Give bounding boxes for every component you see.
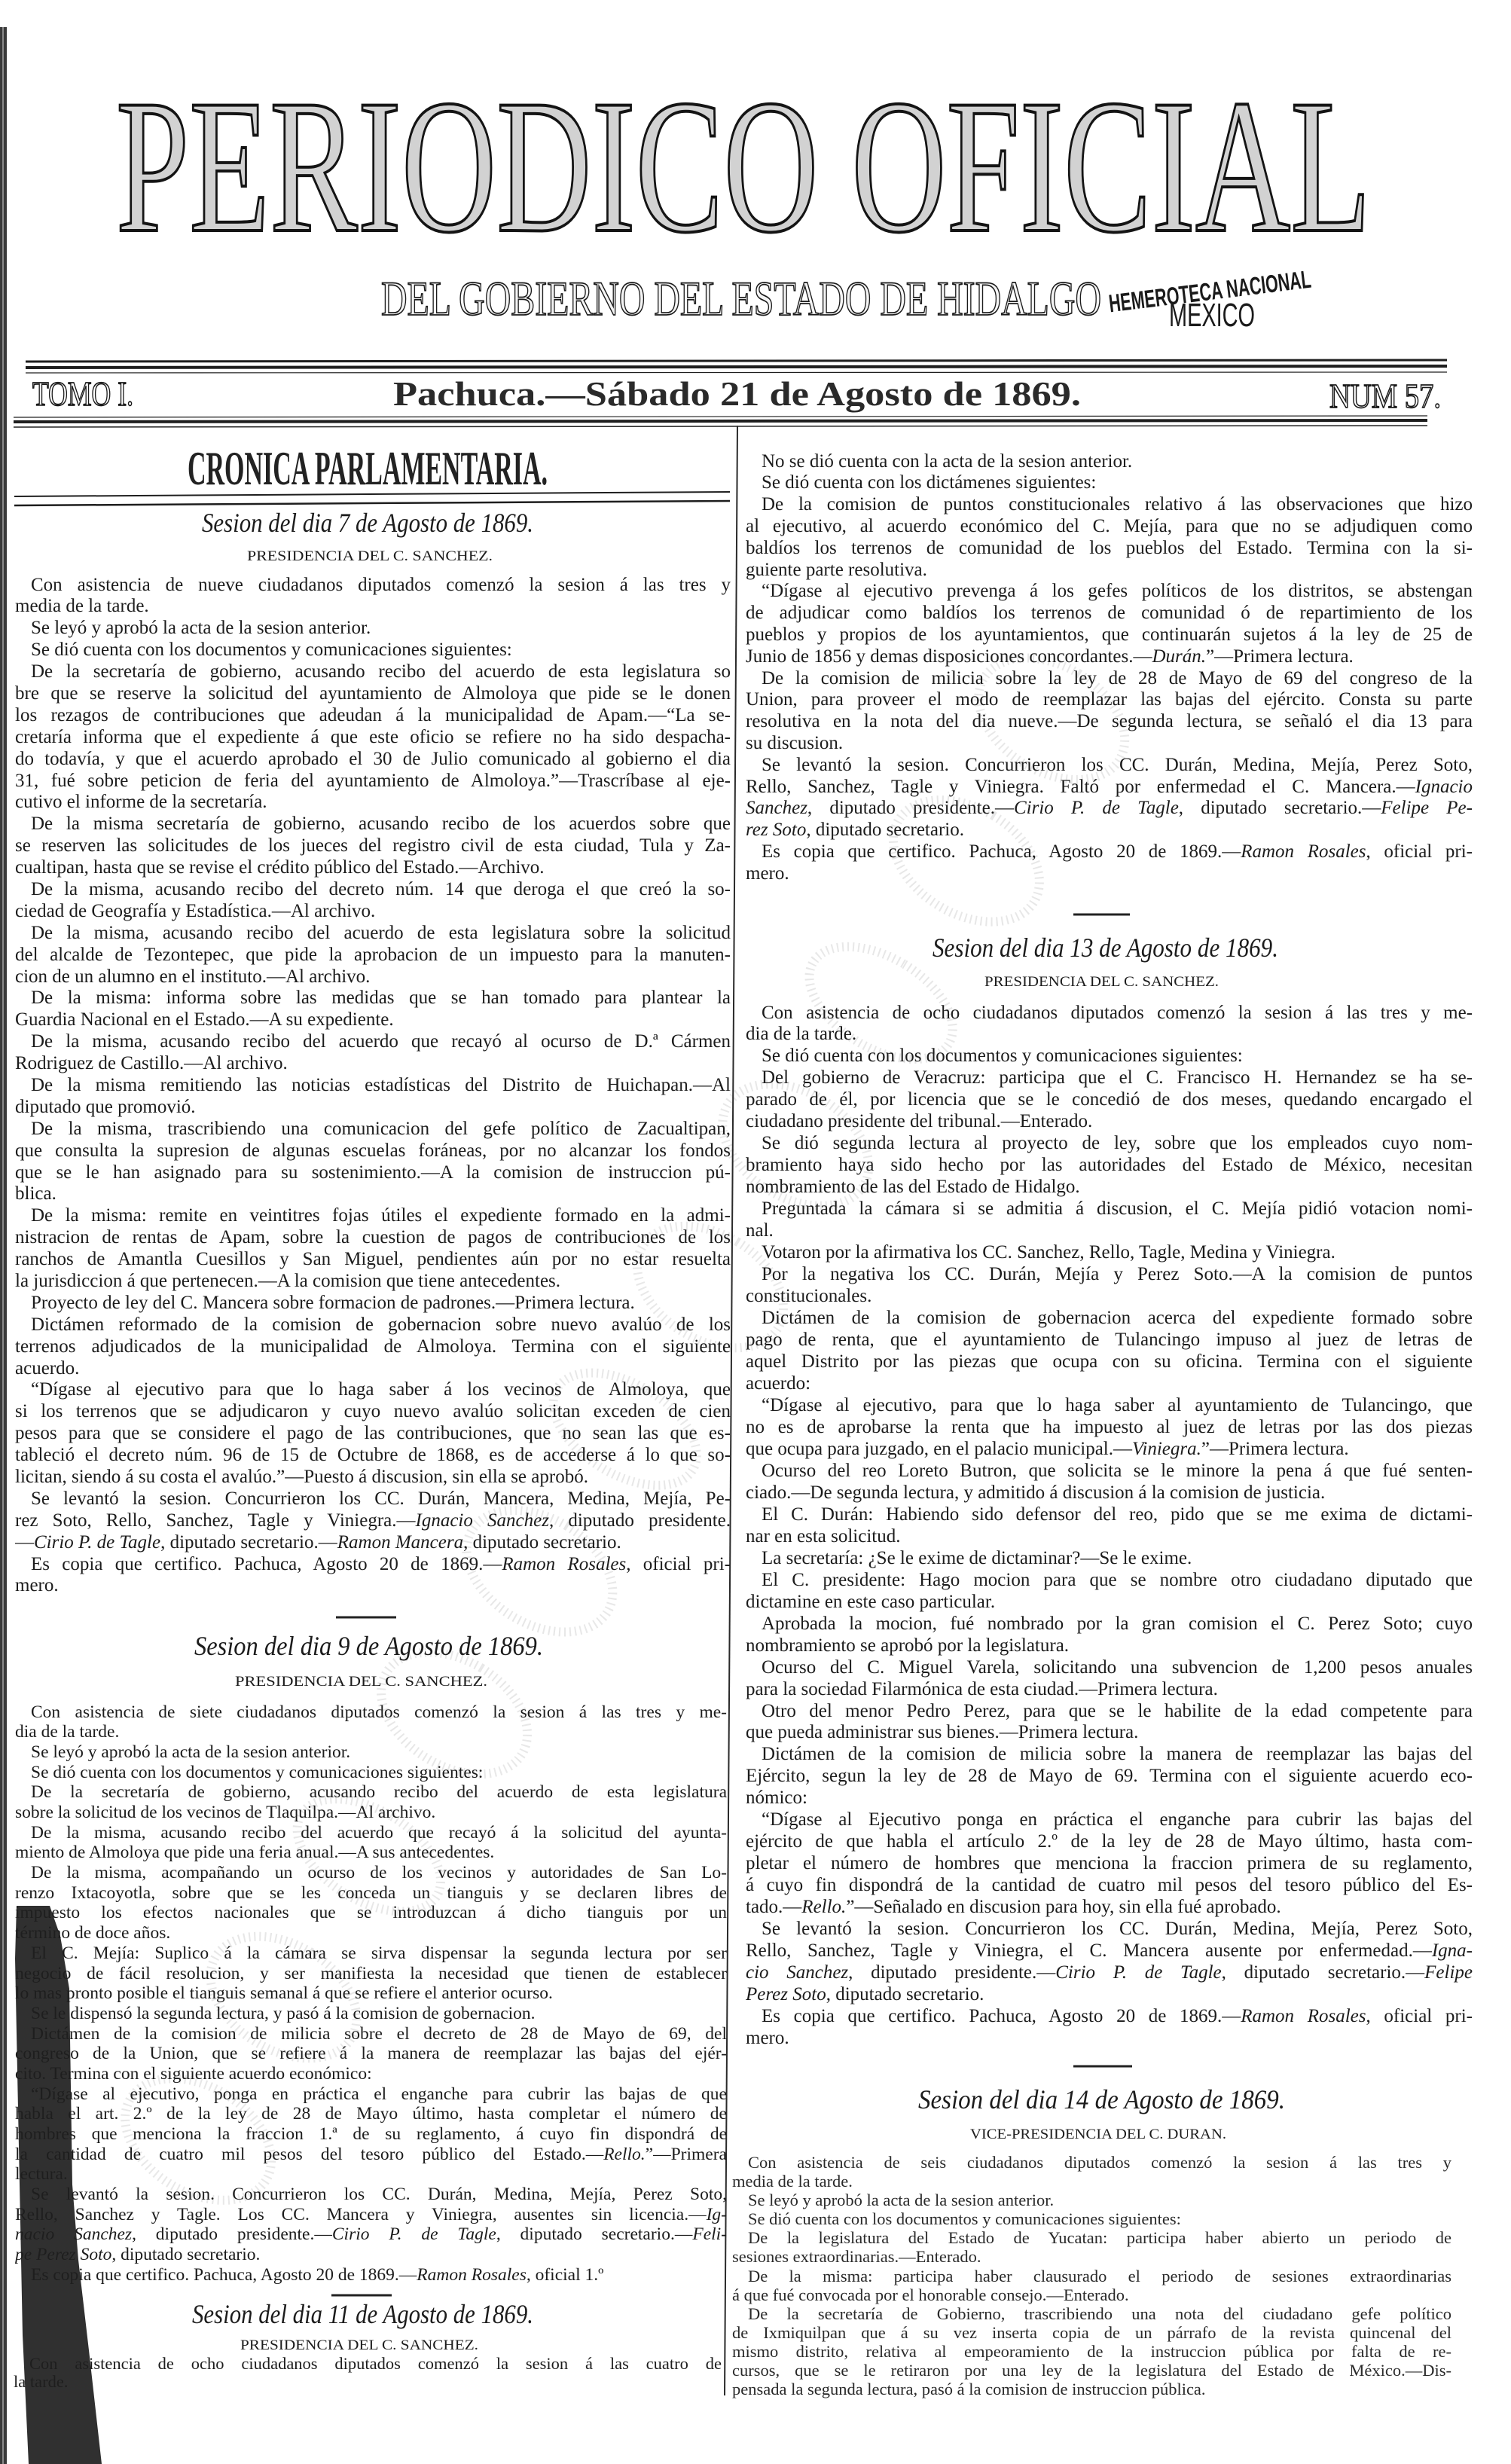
text-line: tableció el decreto núm. 96 de 15 de Oct… bbox=[15, 1445, 731, 1467]
text-line: De la secretaría de Gobierno, trascribie… bbox=[732, 2304, 1451, 2323]
text-line: Votaron por la afirmativa los CC. Sanche… bbox=[746, 1242, 1473, 1264]
text-run: Rello, Sanchez, Tagle y Viniegra, el C. … bbox=[746, 1940, 1432, 1961]
text-line: De la legislatura del Estado de Yucatan:… bbox=[732, 2228, 1451, 2247]
paragraph: De la comision de puntos constitucionale… bbox=[746, 494, 1473, 581]
text-line: cualtipan, hasta que se revise el crédit… bbox=[15, 857, 731, 879]
text-line: acuerdo: bbox=[746, 1373, 1473, 1395]
text-line: dia de la tarde. bbox=[746, 1024, 1473, 1046]
text-line: miento de Almoloya que pide una feria an… bbox=[15, 1843, 727, 1863]
session-presidency: PRESIDENCIA DEL C. SANCHEZ. bbox=[235, 1674, 487, 1690]
text-line: no es de aprobarse la renta que ha impue… bbox=[746, 1417, 1473, 1439]
paragraph: Se levantó la sesion. Concurrieron los C… bbox=[746, 1919, 1473, 2006]
paragraph: De la misma, trascribiendo una comunicac… bbox=[15, 1119, 731, 1206]
text-line: Es copia que certifico. Pachuca, Agosto … bbox=[746, 841, 1473, 863]
paragraph: Otro del menor Pedro Perez, para que se … bbox=[746, 1701, 1473, 1745]
text-line: término de doce años. bbox=[15, 1923, 727, 1943]
text-line: habla el art. 2.º de la ley de 28 de May… bbox=[15, 2104, 727, 2124]
text-line: Es copia que certifico. Pachuca, Agosto … bbox=[15, 2265, 727, 2285]
paragraph: Se dió cuenta con los documentos y comun… bbox=[746, 1046, 1473, 1067]
text-run: ”—Señalado en discusion para hoy, sin el… bbox=[846, 1897, 1281, 1917]
text-run: Es copia que certifico. Pachuca, Agosto … bbox=[31, 1554, 502, 1574]
session-title: Sesion del dia 9 de Agosto de 1869. bbox=[194, 1631, 543, 1661]
session-presidency: PRESIDENCIA DEL C. SANCHEZ. bbox=[247, 548, 493, 564]
text-line: nombramiento de las del Estado de Hidalg… bbox=[746, 1177, 1473, 1198]
text-line: mero. bbox=[15, 1575, 731, 1597]
session-title: Sesion del dia 13 de Agosto de 1869. bbox=[933, 933, 1278, 963]
italic-run: Ramon Mancera bbox=[337, 1532, 463, 1553]
text-line: pesos para que se considere el pago de l… bbox=[15, 1423, 731, 1445]
text-line: Se leyó y aprobó la acta de la sesion an… bbox=[732, 2191, 1451, 2209]
text-line: Del gobierno de Veracruz: participa que … bbox=[746, 1067, 1473, 1089]
text-line: sesiones extraordinarias.—Enterado. bbox=[732, 2247, 1451, 2266]
masthead-rules-bottom bbox=[14, 416, 1427, 427]
text-line: la cantidad de cuatro mil pesos del teso… bbox=[15, 2145, 727, 2165]
italic-run: Cirio P. de Tagle bbox=[1014, 798, 1179, 818]
paragraph: Se dió cuenta con los dictámenes siguien… bbox=[746, 472, 1473, 494]
paragraph: Con asistencia de ocho ciudadanos diputa… bbox=[14, 2355, 722, 2392]
text-line: nombramiento se aprobó por la legislatur… bbox=[746, 1635, 1473, 1657]
paragraph: De la secretaría de Gobierno, trascribie… bbox=[732, 2304, 1451, 2398]
text-line: cutivo el informe de la secretaría. bbox=[15, 792, 731, 814]
text-line: Se le dispensó la segunda lectura, y pas… bbox=[15, 2004, 727, 2024]
paragraph: De la misma, acompañando un ocurso de lo… bbox=[15, 1863, 727, 1943]
text-line: congreso de la Union, que se refiere á l… bbox=[15, 2044, 727, 2064]
text-line: Se levantó la sesion. Concurrieron los C… bbox=[746, 755, 1473, 777]
text-line: tado.—Rello.”—Señalado en discusion para… bbox=[746, 1897, 1473, 1919]
text-line: resolutiva en la nota del dia nueve.—De … bbox=[746, 711, 1473, 733]
text-line: Rello, Sanchez y Tagle. Los CC. Mancera … bbox=[15, 2205, 727, 2225]
italic-run: Cirio P. de Tagle bbox=[1055, 1962, 1221, 1983]
text-line: Otro del menor Pedro Perez, para que se … bbox=[746, 1701, 1473, 1723]
text-line: Por la negativa los CC. Durán, Mejía y P… bbox=[746, 1264, 1473, 1286]
paragraph: “Dígase al ejecutivo, para que lo haga s… bbox=[746, 1395, 1473, 1461]
text-line: pueblos y propios de los ayuntamientos, … bbox=[746, 624, 1473, 646]
text-line: cretaría informa que el expediente á que… bbox=[15, 727, 731, 749]
text-run: la cantidad de cuatro mil pesos del teso… bbox=[15, 2145, 603, 2164]
italic-run: Ramon Rosales bbox=[502, 1554, 626, 1574]
text-line: á que fué convocada por el honorable con… bbox=[732, 2285, 1451, 2304]
text-line: Se dió cuenta con los dictámenes siguien… bbox=[746, 472, 1473, 494]
italic-run: Ignacio Sanchez bbox=[416, 1510, 549, 1531]
text-line: ranchos de Amantla Cuesillos y San Migue… bbox=[15, 1249, 731, 1271]
text-line: “Dígase al Ejecutivo ponga en práctica e… bbox=[746, 1809, 1473, 1831]
text-line: Con asistencia de siete ciudadanos diput… bbox=[15, 1702, 727, 1723]
text-line: El C. Mejía: Suplico á la cámara se sirv… bbox=[15, 1943, 727, 1964]
paragraph: De la misma secretaría de gobierno, acus… bbox=[15, 814, 731, 879]
text-line: “Dígase al ejecutivo, ponga en práctica … bbox=[15, 2084, 727, 2105]
text-line: La secretaría: ¿Se le exime de dictamina… bbox=[746, 1548, 1473, 1570]
session-title: Sesion del dia 11 de Agosto de 1869. bbox=[192, 2299, 533, 2329]
text-line: Perez Soto, diputado secretario. bbox=[746, 1984, 1473, 2006]
text-line: lectura. bbox=[15, 2164, 727, 2185]
text-line: De la misma: informa sobre las medidas q… bbox=[15, 988, 731, 1009]
paragraph: De la legislatura del Estado de Yucatan:… bbox=[732, 2228, 1451, 2266]
paragraph: De la misma: participa haber clausurado … bbox=[732, 2267, 1451, 2304]
italic-run: Ramon Rosales bbox=[417, 2265, 527, 2285]
text-line: Ejército, segun la ley de 28 de Mayo de … bbox=[746, 1766, 1473, 1788]
text-line: cursos, que se le retiraron por una ley … bbox=[732, 2361, 1451, 2380]
text-line: parado de él, por licencia que se le con… bbox=[746, 1089, 1473, 1111]
paragraph: Es copia que certifico. Pachuca, Agosto … bbox=[15, 2265, 727, 2285]
text-line: nal. bbox=[746, 1220, 1473, 1242]
text-line: do todavía, y que el acuerdo aprobado el… bbox=[15, 749, 731, 771]
text-line: que se le han asignado para su sostenimi… bbox=[15, 1162, 731, 1184]
text-run: Rello, Sanchez y Tagle. Los CC. Mancera … bbox=[15, 2205, 707, 2224]
session-7-body: Con asistencia de nueve ciudadanos diput… bbox=[15, 575, 731, 1598]
session-11-body-continued: No se dió cuenta con la acta de la sesio… bbox=[746, 451, 1473, 885]
masthead-rules-top bbox=[26, 360, 1447, 373]
dateline: Pachuca.—Sábado 21 de Agosto de 1869. bbox=[393, 374, 1081, 413]
text-line: media de la tarde. bbox=[15, 596, 731, 618]
text-run: que ocupa para juzgado, en el palacio mu… bbox=[746, 1439, 1132, 1459]
text-run: , diputado secretario.— bbox=[1179, 798, 1381, 818]
paragraph: Ocurso del reo Loreto Butron, que solici… bbox=[746, 1461, 1473, 1504]
text-run: Junio de 1856 y demas disposiciones conc… bbox=[746, 646, 1152, 667]
paragraph: El C. Mejía: Suplico á la cámara se sirv… bbox=[15, 1943, 727, 2004]
text-line: De la secretaría de gobierno, acusando r… bbox=[15, 661, 731, 683]
text-line: De la misma: participa haber clausurado … bbox=[732, 2267, 1451, 2285]
text-run: , diputado secretario. bbox=[806, 820, 964, 840]
text-line: De la misma: remite en veintitres fojas … bbox=[15, 1205, 731, 1227]
text-line: Dictámen reformado de la comision de gob… bbox=[15, 1314, 731, 1336]
italic-run: rez Soto bbox=[746, 820, 806, 840]
paragraph: Se le dispensó la segunda lectura, y pas… bbox=[15, 2004, 727, 2024]
text-line: pletar el número de hombres que menciona… bbox=[746, 1853, 1473, 1875]
italic-run: Ramon Rosales bbox=[1241, 841, 1366, 862]
italic-run: Ignacio bbox=[1415, 777, 1473, 797]
text-line: terrenos adjudicados de la municipalidad… bbox=[15, 1336, 731, 1358]
paragraph: Se dió cuenta con los documentos y comun… bbox=[15, 640, 731, 661]
paragraph: De la secretaría de gobierno, acusando r… bbox=[15, 661, 731, 814]
italic-run: Cirio P. de Tagle bbox=[332, 2224, 496, 2244]
text-line: Rello, Sanchez, Tagle y Viniegra, el C. … bbox=[746, 1940, 1473, 1962]
text-line: dia de la tarde. bbox=[15, 1722, 727, 1742]
italic-run: Rello. bbox=[603, 2145, 645, 2164]
text-run: , diputado secretario.— bbox=[1222, 1962, 1425, 1983]
text-line: nar en esta solicitud. bbox=[746, 1526, 1473, 1548]
text-line: negocio de fácil resolucion, y ser manif… bbox=[15, 1964, 727, 1984]
text-line: nómico: bbox=[746, 1788, 1473, 1809]
italic-run: Durán. bbox=[1152, 646, 1207, 667]
text-run: ”—Primera bbox=[646, 2145, 727, 2164]
paragraph: Dictámen reformado de la comision de gob… bbox=[15, 1314, 731, 1380]
paragraph: Es copia que certifico. Pachuca, Agosto … bbox=[746, 2006, 1473, 2050]
text-line: Se dió cuenta con los documentos y comun… bbox=[732, 2209, 1451, 2228]
text-run: , diputado presidente.— bbox=[132, 2224, 332, 2244]
text-line: Aprobada la mocion, fué nombrado por la … bbox=[746, 1614, 1473, 1635]
text-line: De la secretaría de gobierno, acusando r… bbox=[15, 1782, 727, 1803]
text-line: El C. Durán: Habiendo sido defensor del … bbox=[746, 1504, 1473, 1526]
text-line: ejército de que habla el artículo 2.º de… bbox=[746, 1831, 1473, 1853]
paragraph: Se dió cuenta con los documentos y comun… bbox=[732, 2209, 1451, 2228]
paragraph: Se dió segunda lectura al proyecto de le… bbox=[746, 1133, 1473, 1198]
text-line: rez Soto, diputado secretario. bbox=[746, 820, 1473, 841]
session-11-body: Con asistencia de ocho ciudadanos diputa… bbox=[14, 2355, 722, 2392]
session-title: Sesion del dia 14 de Agosto de 1869. bbox=[918, 2084, 1285, 2114]
text-line: Se levantó la sesion. Concurrieron los C… bbox=[746, 1919, 1473, 1940]
text-line: “Dígase al ejecutivo prevenga á los gefe… bbox=[746, 581, 1473, 603]
italic-run: Ig- bbox=[707, 2205, 727, 2224]
text-line: Se dió cuenta con los documentos y comun… bbox=[746, 1046, 1473, 1067]
text-line: De la misma, acusando recibo del acuerdo… bbox=[15, 923, 731, 945]
paragraph: “Dígase al ejecutivo, ponga en práctica … bbox=[15, 2084, 727, 2185]
text-line: baldíos los terrenos de comunidad de los… bbox=[746, 538, 1473, 560]
text-line: que pueda administrar sus bienes.—Primer… bbox=[746, 1722, 1473, 1744]
paragraph: La secretaría: ¿Se le exime de dictamina… bbox=[746, 1548, 1473, 1570]
text-line: “Dígase al ejecutivo para que lo haga sa… bbox=[15, 1379, 731, 1401]
text-run: , oficial pri- bbox=[1366, 841, 1473, 862]
paragraph: De la misma, acusando recibo del acuerdo… bbox=[15, 1031, 731, 1075]
text-line: Es copia que certifico. Pachuca, Agosto … bbox=[746, 2006, 1473, 2028]
italic-run: Felipe Pe- bbox=[1381, 798, 1473, 818]
paragraph: De la misma: informa sobre las medidas q… bbox=[15, 988, 731, 1031]
text-line: los rezagos de contribuciones que adeuda… bbox=[15, 705, 731, 727]
paragraph: De la secretaría de gobierno, acusando r… bbox=[15, 1782, 727, 1822]
paragraph: “Dígase al ejecutivo prevenga á los gefe… bbox=[746, 581, 1473, 667]
text-line: bre que se reserve la solicitud del ayun… bbox=[15, 683, 731, 705]
paragraph: De la misma, acusando recibo del acuerdo… bbox=[15, 1823, 727, 1863]
paragraph: Dictámen de la comision de milicia sobre… bbox=[746, 1744, 1473, 1809]
paragraph: Se levantó la sesion. Concurrieron los C… bbox=[15, 2185, 727, 2265]
text-line: media de la tarde. bbox=[732, 2172, 1451, 2191]
paragraph: Es copia que certifico. Pachuca, Agosto … bbox=[15, 1554, 731, 1598]
section-heading: CRONICA PARLAMENTARIA. bbox=[188, 441, 548, 495]
italic-run: Perez Soto bbox=[746, 1984, 826, 2004]
paragraph: Con asistencia de seis ciudadanos diputa… bbox=[732, 2153, 1451, 2191]
paragraph: Por la negativa los CC. Durán, Mejía y P… bbox=[746, 1264, 1473, 1308]
text-line: de adjudicar como baldíos los terrenos d… bbox=[746, 603, 1473, 624]
text-run: , diputado secretario.— bbox=[496, 2224, 693, 2244]
italic-run: Felipe bbox=[1424, 1962, 1473, 1983]
text-line: Con asistencia de seis ciudadanos diputa… bbox=[732, 2153, 1451, 2172]
session-presidency: VICE-PRESIDENCIA DEL C. DURAN. bbox=[970, 2127, 1226, 2142]
text-run: ”—Primera lectura. bbox=[1201, 1439, 1349, 1459]
text-line: Rodriguez de Castillo.—Al archivo. bbox=[15, 1053, 731, 1075]
text-line: mero. bbox=[746, 863, 1473, 885]
paragraph: “Dígase al ejecutivo para que lo haga sa… bbox=[15, 1379, 731, 1488]
text-line: No se dió cuenta con la acta de la sesio… bbox=[746, 451, 1473, 473]
paragraph: De la misma remitiendo las noticias esta… bbox=[15, 1075, 731, 1119]
text-line: blica. bbox=[15, 1183, 731, 1205]
text-run: , diputado presidente.— bbox=[807, 798, 1014, 818]
paragraph: Se leyó y aprobó la acta de la sesion an… bbox=[732, 2191, 1451, 2209]
session-14-body: Con asistencia de seis ciudadanos diputa… bbox=[732, 2153, 1451, 2398]
text-line: Ocurso del C. Miguel Varela, solicitando… bbox=[746, 1657, 1473, 1679]
text-line: Preguntada la cámara si se admitia á dis… bbox=[746, 1198, 1473, 1220]
text-line: bramiento haya sido hecho por las autori… bbox=[746, 1155, 1473, 1177]
paragraph: Votaron por la afirmativa los CC. Sanche… bbox=[746, 1242, 1473, 1264]
text-line: De la misma secretaría de gobierno, acus… bbox=[15, 814, 731, 835]
session-title: Sesion del dia 7 de Agosto de 1869. bbox=[202, 508, 533, 538]
text-line: Se levantó la sesion. Concurrieron los C… bbox=[15, 2185, 727, 2205]
text-line: El C. presidente: Hago mocion para que s… bbox=[746, 1570, 1473, 1592]
paragraph: Dictámen de la comision de milicia sobre… bbox=[15, 2024, 727, 2084]
text-line: Sanchez, diputado presidente.—Cirio P. d… bbox=[746, 798, 1473, 820]
text-line: acuerdo. bbox=[15, 1358, 731, 1380]
paragraph: Dictámen de la comision de gobernacion a… bbox=[746, 1308, 1473, 1395]
paragraph: De la misma: remite en veintitres fojas … bbox=[15, 1205, 731, 1293]
text-line: ciado.—De segunda lectura, y admitido á … bbox=[746, 1482, 1473, 1504]
text-run: rez Soto, Rello, Sanchez, Tagle y Vinieg… bbox=[15, 1510, 416, 1531]
text-line: Union, para proveer el modo de reemplaza… bbox=[746, 689, 1473, 711]
text-line: dictamine en este caso particular. bbox=[746, 1592, 1473, 1614]
italic-run: Feli- bbox=[692, 2224, 727, 2244]
text-line: la jurisdiccion á que pertenecen.—A la c… bbox=[15, 1271, 731, 1293]
text-line: De la misma, acompañando un ocurso de lo… bbox=[15, 1863, 727, 1883]
text-line: Se dió cuenta con los documentos y comun… bbox=[15, 640, 731, 661]
paragraph: De la misma, acusando recibo del decreto… bbox=[15, 879, 731, 923]
text-line: Con asistencia de nueve ciudadanos diput… bbox=[15, 575, 731, 597]
italic-run: pe Perez Soto bbox=[15, 2245, 111, 2264]
archive-stamp-line2: MEXICO bbox=[1169, 297, 1255, 334]
text-line: si los terrenos que se adjudicaron y cuy… bbox=[15, 1401, 731, 1423]
session-presidency: PRESIDENCIA DEL C. SANCHEZ. bbox=[984, 974, 1219, 990]
paragraph: Se leyó y aprobó la acta de la sesion an… bbox=[15, 1742, 727, 1763]
text-line: Se leyó y aprobó la acta de la sesion an… bbox=[15, 618, 731, 640]
masthead-subtitle: DEL GOBIERNO DEL ESTADO DE HIDALGO bbox=[381, 272, 1101, 326]
text-line: Rello, Sanchez, Tagle y Viniegra. Faltó … bbox=[746, 777, 1473, 798]
text-line: ciedad de Geografía y Estadística.—Al ar… bbox=[15, 901, 731, 923]
paragraph: Se dió cuenta con los documentos y comun… bbox=[15, 1763, 727, 1783]
text-line: mero. bbox=[746, 2028, 1473, 2050]
text-line: Dictámen de la comision de milicia sobre… bbox=[15, 2024, 727, 2044]
paragraph: No se dió cuenta con la acta de la sesio… bbox=[746, 451, 1473, 473]
text-run: , diputado secretario. bbox=[111, 2245, 260, 2264]
italic-run: Ramon Rosales bbox=[1241, 2006, 1366, 2026]
text-line: pago de renta, que el ayuntamiento de Tu… bbox=[746, 1330, 1473, 1351]
text-run: , diputado secretario.— bbox=[160, 1532, 337, 1553]
text-line: al ejecutivo, al acuerdo económico del C… bbox=[746, 516, 1473, 538]
text-line: 31, fué sobre peticion de feria del ayun… bbox=[15, 771, 731, 792]
archive-stamp: HEMEROTECA NACIONAL MEXICO bbox=[1107, 265, 1312, 334]
text-line: cio Sanchez, diputado presidente.—Cirio … bbox=[746, 1962, 1473, 1984]
paragraph: Es copia que certifico. Pachuca, Agosto … bbox=[746, 841, 1473, 885]
paragraph: Se levantó la sesion. Concurrieron los C… bbox=[746, 755, 1473, 841]
text-run: Rello, Sanchez, Tagle y Viniegra. Faltó … bbox=[746, 777, 1415, 797]
text-line: De la comision de milicia sobre la ley d… bbox=[746, 668, 1473, 690]
text-run: ”—Primera lectura. bbox=[1206, 646, 1354, 667]
paragraph: De la misma, acusando recibo del acuerdo… bbox=[15, 923, 731, 988]
text-line: Se dió cuenta con los documentos y comun… bbox=[15, 1763, 727, 1783]
text-line: del alcalde de Tezontepec, que pide la a… bbox=[15, 945, 731, 966]
text-run: , oficial pri- bbox=[626, 1554, 731, 1574]
session-presidency: PRESIDENCIA DEL C. SANCHEZ. bbox=[240, 2337, 478, 2353]
paragraph: Del gobierno de Veracruz: participa que … bbox=[746, 1067, 1473, 1133]
italic-run: Igna- bbox=[1432, 1940, 1473, 1961]
text-line: —Cirio P. de Tagle, diputado secretario.… bbox=[15, 1532, 731, 1554]
text-line: ciudadano presidente del tribunal.—Enter… bbox=[746, 1111, 1473, 1133]
text-line: Con asistencia de ocho ciudadanos diputa… bbox=[14, 2355, 722, 2374]
text-line: hombres que menciona la fraccion 1.ª de … bbox=[15, 2124, 727, 2145]
text-line: para la sociedad Filarmónica de esta ciu… bbox=[746, 1679, 1473, 1701]
text-run: — bbox=[15, 1532, 34, 1553]
text-line: Proyecto de ley del C. Mancera sobre for… bbox=[15, 1293, 731, 1314]
text-line: diputado que promovió. bbox=[15, 1097, 731, 1119]
paragraph: Con asistencia de ocho ciudadanos diputa… bbox=[746, 1003, 1473, 1046]
text-line: De la misma, acusando recibo del decreto… bbox=[15, 879, 731, 901]
text-line: de Ixmiquilpan que á su vez inserta copi… bbox=[732, 2323, 1451, 2342]
text-line: Se levantó la sesion. Concurrieron los C… bbox=[15, 1488, 731, 1510]
italic-run: cio Sanchez bbox=[746, 1962, 848, 1983]
paragraph: Con asistencia de nueve ciudadanos diput… bbox=[15, 575, 731, 618]
session-13-body: Con asistencia de ocho ciudadanos diputa… bbox=[746, 1003, 1473, 2050]
text-line: licitan, siendo á su costa el avalúo.”—P… bbox=[15, 1467, 731, 1488]
text-line: rez Soto, Rello, Sanchez, Tagle y Vinieg… bbox=[15, 1510, 731, 1532]
paragraph: Ocurso del C. Miguel Varela, solicitando… bbox=[746, 1657, 1473, 1701]
paragraph: De la comision de milicia sobre la ley d… bbox=[746, 668, 1473, 755]
text-line: De la misma, trascribiendo una comunicac… bbox=[15, 1119, 731, 1140]
text-run: Es copia que certifico. Pachuca, Agosto … bbox=[762, 841, 1241, 862]
paragraph: Con asistencia de siete ciudadanos diput… bbox=[15, 1702, 727, 1742]
text-line: renzo Ixtacoyotla, sobre que se les conc… bbox=[15, 1883, 727, 1904]
text-line: Se dió segunda lectura al proyecto de le… bbox=[746, 1133, 1473, 1155]
paragraph: “Dígase al Ejecutivo ponga en práctica e… bbox=[746, 1809, 1473, 1919]
text-line: que consulta la supresion de algunas esc… bbox=[15, 1140, 731, 1162]
text-line: la tarde. bbox=[14, 2373, 722, 2392]
text-line: guiente parte resolutiva. bbox=[746, 560, 1473, 582]
paragraph: Aprobada la mocion, fué nombrado por la … bbox=[746, 1614, 1473, 1657]
issue-number: NUM 57. bbox=[1329, 377, 1441, 415]
text-line: lo mas pronto posible el tianguis semana… bbox=[15, 1983, 727, 2004]
paragraph: El C. presidente: Hago mocion para que s… bbox=[746, 1570, 1473, 1614]
text-line: aquel Distrito por las piezas que ocupa … bbox=[746, 1351, 1473, 1373]
text-line: Junio de 1856 y demas disposiciones conc… bbox=[746, 646, 1473, 668]
text-line: á cuyo fin dispondrá de la cantidad de c… bbox=[746, 1875, 1473, 1897]
text-line: nistracion de rentas de Apam, sobre la c… bbox=[15, 1227, 731, 1249]
text-line: pe Perez Soto, diputado secretario. bbox=[15, 2245, 727, 2265]
paragraph: Se levantó la sesion. Concurrieron los C… bbox=[15, 1488, 731, 1554]
text-run: , oficial pri- bbox=[1366, 2006, 1473, 2026]
text-line: De la misma remitiendo las noticias esta… bbox=[15, 1075, 731, 1097]
italic-run: Rello. bbox=[801, 1897, 846, 1917]
text-line: impuesto los efectos nacionales que se i… bbox=[15, 1903, 727, 1923]
text-line: “Dígase al ejecutivo, para que lo haga s… bbox=[746, 1395, 1473, 1417]
italic-run: Sanchez bbox=[746, 798, 807, 818]
text-line: Ocurso del reo Loreto Butron, que solici… bbox=[746, 1461, 1473, 1482]
text-line: cito. Termina con el siguiente acuerdo e… bbox=[15, 2064, 727, 2084]
text-run: , oficial 1.º bbox=[527, 2265, 604, 2285]
paragraph: El C. Durán: Habiendo sido defensor del … bbox=[746, 1504, 1473, 1548]
text-run: Es copia que certifico. Pachuca, Agosto … bbox=[31, 2265, 417, 2285]
text-line: su discusion. bbox=[746, 733, 1473, 755]
text-line: De la misma, acusando recibo del acuerdo… bbox=[15, 1823, 727, 1843]
text-line: Dictámen de la comision de milicia sobre… bbox=[746, 1744, 1473, 1766]
italic-run: nacio Sanchez bbox=[15, 2224, 132, 2244]
paragraph: Se leyó y aprobó la acta de la sesion an… bbox=[15, 618, 731, 640]
session-9-body: Con asistencia de siete ciudadanos diput… bbox=[15, 1702, 727, 2285]
text-run: Es copia que certifico. Pachuca, Agosto … bbox=[762, 2006, 1241, 2026]
text-run: , diputado secretario. bbox=[826, 1984, 984, 2004]
paragraph: Preguntada la cámara si se admitia á dis… bbox=[746, 1198, 1473, 1242]
text-line: mismo distrito, relativa al empeoramient… bbox=[732, 2342, 1451, 2361]
text-line: cion de un alumno en el instituto.—Al ar… bbox=[15, 966, 731, 988]
text-run: , diputado presidente.— bbox=[848, 1962, 1055, 1983]
text-line: Se leyó y aprobó la acta de la sesion an… bbox=[15, 1742, 727, 1763]
text-run: , diputado secretario. bbox=[463, 1532, 621, 1553]
text-run: tado.— bbox=[746, 1897, 801, 1917]
text-line: Guardia Nacional en el Estado.—A su expe… bbox=[15, 1009, 731, 1031]
text-line: constitucionales. bbox=[746, 1286, 1473, 1308]
text-line: sobre la solicitud de los vecinos de Tla… bbox=[15, 1803, 727, 1823]
text-line: nacio Sanchez, diputado presidente.—Ciri… bbox=[15, 2224, 727, 2245]
section-heading-double-rule bbox=[14, 492, 730, 505]
text-run: , diputado presidente. bbox=[549, 1510, 731, 1531]
text-line: De la misma, acusando recibo del acuerdo… bbox=[15, 1031, 731, 1053]
italic-run: Viniegra. bbox=[1132, 1439, 1201, 1459]
text-line: De la comision de puntos constitucionale… bbox=[746, 494, 1473, 516]
italic-run: Cirio P. de Tagle bbox=[34, 1532, 160, 1553]
masthead-title: PERIODICO OFICIAL bbox=[116, 60, 1371, 272]
